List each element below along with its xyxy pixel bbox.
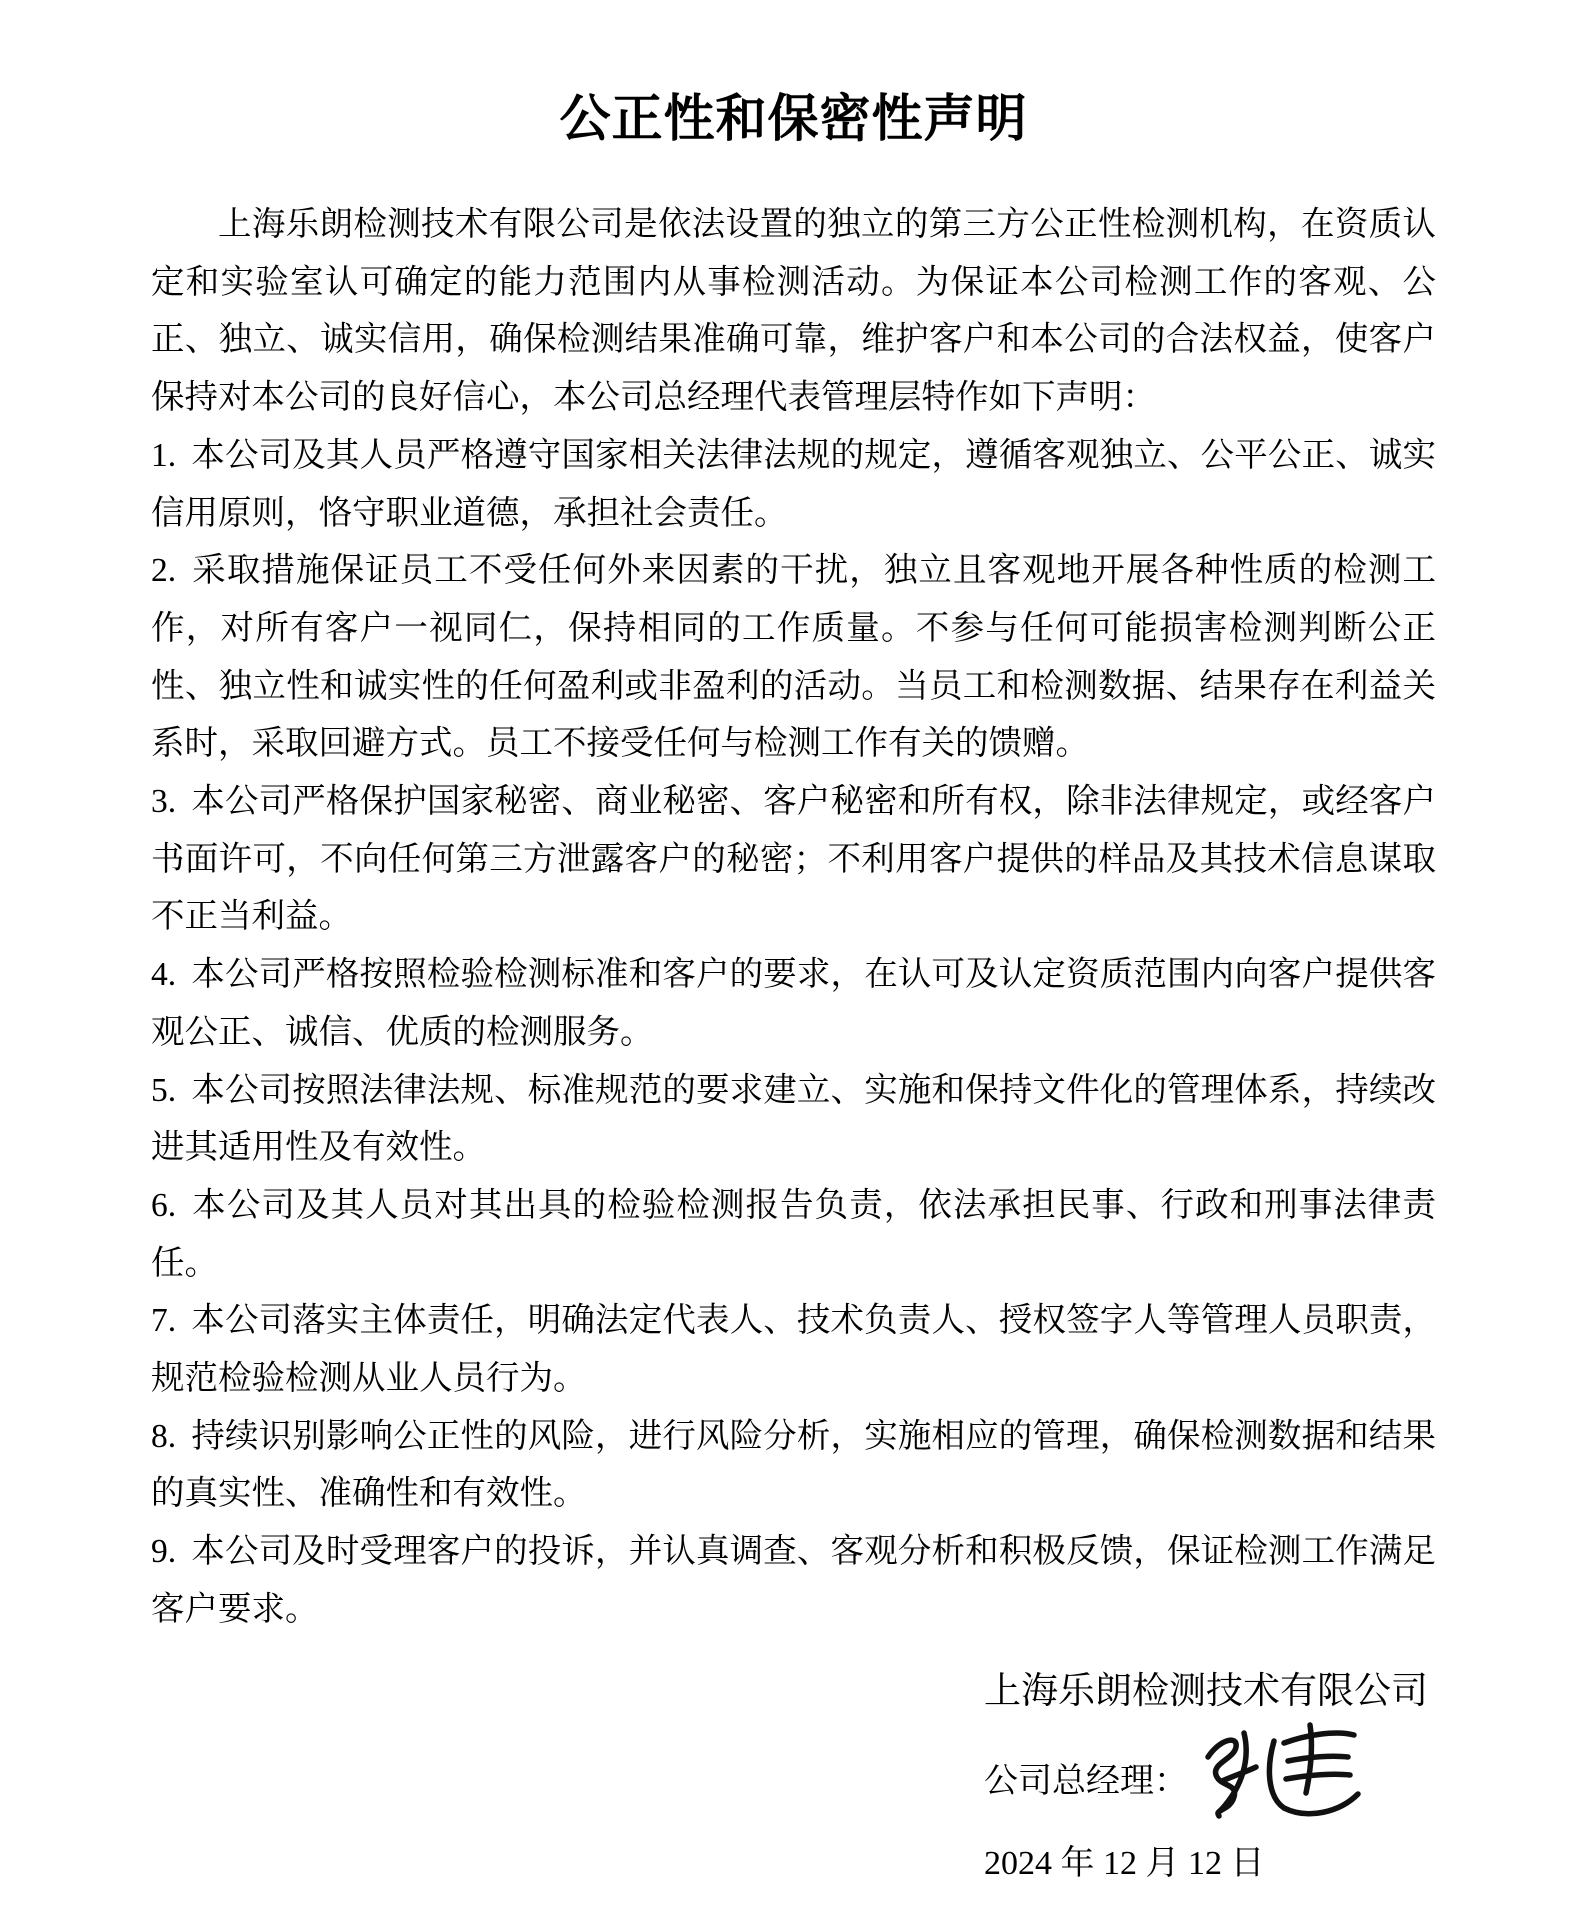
clause-2: 2.采取措施保证员工不受任何外来因素的干扰，独立且客观地开展各种性质的检测工作，… (151, 542, 1436, 773)
document-page: 公正性和保密性声明 上海乐朗检测技术有限公司是依法设置的独立的第三方公正性检测机… (0, 0, 1587, 1920)
clause-4: 4.本公司严格按照检验检测标准和客户的要求，在认可及认定资质范围内向客户提供客观… (151, 946, 1436, 1061)
clause-5-text: 本公司按照法律法规、标准规范的要求建立、实施和保持文件化的管理体系，持续改进其适… (151, 1072, 1436, 1167)
clause-3: 3.本公司严格保护国家秘密、商业秘密、客户秘密和所有权，除非法律规定，或经客户书… (151, 773, 1436, 946)
clause-3-number: 3. (151, 783, 176, 820)
clause-9-text: 本公司及时受理客户的投诉，并认真调查、客观分析和积极反馈，保证检测工作满足客户要… (151, 1533, 1436, 1628)
signature-block: 上海乐朗检测技术有限公司 公司总经理： (984, 1663, 1436, 1893)
document-content: 公正性和保密性声明 上海乐朗检测技术有限公司是依法设置的独立的第三方公正性检测机… (0, 0, 1587, 1893)
clause-3-text: 本公司严格保护国家秘密、商业秘密、客户秘密和所有权，除非法律规定，或经客户书面许… (151, 783, 1436, 935)
general-manager-line: 公司总经理： (984, 1753, 1436, 1811)
clause-7: 7.本公司落实主体责任，明确法定代表人、技术负责人、授权签字人等管理人员职责，规… (151, 1292, 1436, 1407)
clause-9-number: 9. (151, 1533, 176, 1570)
signature-date: 2024 年 12 月 12 日 (984, 1835, 1436, 1893)
clause-8-text: 持续识别影响公正性的风险，进行风险分析，实施相应的管理，确保检测数据和结果的真实… (151, 1418, 1436, 1513)
clause-4-text: 本公司严格按照检验检测标准和客户的要求，在认可及认定资质范围内向客户提供客观公正… (151, 956, 1436, 1051)
clause-6: 6.本公司及其人员对其出具的检验检测报告负责，依法承担民事、行政和刑事法律责任。 (151, 1177, 1436, 1292)
signature-strokes-icon (1192, 1717, 1364, 1819)
intro-paragraph: 上海乐朗检测技术有限公司是依法设置的独立的第三方公正性检测机构，在资质认定和实验… (151, 196, 1436, 427)
document-body: 上海乐朗检测技术有限公司是依法设置的独立的第三方公正性检测机构，在资质认定和实验… (151, 196, 1436, 1639)
clause-6-text: 本公司及其人员对其出具的检验检测报告负责，依法承担民事、行政和刑事法律责任。 (151, 1187, 1436, 1282)
clause-1-text: 本公司及其人员严格遵守国家相关法律法规的规定，遵循客观独立、公平公正、诚实信用原… (151, 437, 1436, 532)
clause-1-number: 1. (151, 437, 176, 474)
clause-5-number: 5. (151, 1072, 176, 1109)
clause-2-number: 2. (151, 552, 176, 589)
clause-8-number: 8. (151, 1418, 176, 1455)
handwritten-signature (1192, 1717, 1364, 1819)
clause-4-number: 4. (151, 956, 176, 993)
general-manager-label: 公司总经理： (984, 1753, 1188, 1811)
clause-9: 9.本公司及时受理客户的投诉，并认真调查、客观分析和积极反馈，保证检测工作满足客… (151, 1523, 1436, 1638)
company-name: 上海乐朗检测技术有限公司 (984, 1663, 1436, 1721)
clause-7-text: 本公司落实主体责任，明确法定代表人、技术负责人、授权签字人等管理人员职责，规范检… (151, 1302, 1436, 1397)
page-title: 公正性和保密性声明 (151, 88, 1436, 150)
clause-7-number: 7. (151, 1302, 176, 1339)
clause-5: 5.本公司按照法律法规、标准规范的要求建立、实施和保持文件化的管理体系，持续改进… (151, 1062, 1436, 1177)
clause-8: 8.持续识别影响公正性的风险，进行风险分析，实施相应的管理，确保检测数据和结果的… (151, 1408, 1436, 1523)
clause-2-text: 采取措施保证员工不受任何外来因素的干扰，独立且客观地开展各种性质的检测工作，对所… (151, 552, 1436, 762)
clause-1: 1.本公司及其人员严格遵守国家相关法律法规的规定，遵循客观独立、公平公正、诚实信… (151, 427, 1436, 542)
clause-6-number: 6. (151, 1187, 176, 1224)
